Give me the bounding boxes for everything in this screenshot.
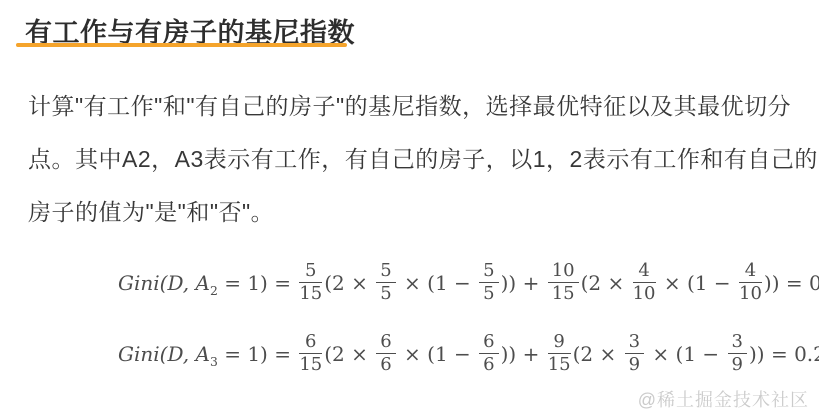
formula-segment: × (1 − <box>658 271 737 295</box>
formula-segment: )) + <box>501 342 546 366</box>
fraction: 66 <box>479 332 498 375</box>
fraction: 915 <box>548 332 571 375</box>
formula-subscript: 3 <box>210 354 218 369</box>
fraction: 55 <box>376 261 395 304</box>
formula-segment: (2 × <box>324 342 374 366</box>
formula-segment: × (1 − <box>398 271 477 295</box>
formula-segment: )) = <box>749 342 794 366</box>
fraction: 615 <box>299 332 322 375</box>
formula-function-name: Gini <box>118 342 160 366</box>
fraction: 39 <box>625 332 644 375</box>
gini-formula-a3: Gini(D, A3 = 1) = 615(2 × 66 × (1 − 66))… <box>118 334 819 377</box>
formula-result: 0.27 <box>794 342 819 366</box>
fraction: 55 <box>479 261 498 304</box>
formula-arguments: (D, A <box>160 342 210 366</box>
title-underline <box>16 43 347 47</box>
paragraph-line: 计算"有工作"和"有自己的房子"的基尼指数，选择最优特征以及其最优切分 <box>28 80 818 133</box>
formula-condition: = 1) = <box>218 342 297 366</box>
formula-segment: )) + <box>501 271 546 295</box>
formula-segment: × (1 − <box>398 342 477 366</box>
formula-result: 0.32 <box>809 271 819 295</box>
watermark: @稀土掘金技术社区 <box>638 386 809 412</box>
paragraph-line: 点。其中A2，A3表示有工作，有自己的房子，以1，2表示有工作和有自己的 <box>28 133 818 186</box>
fraction: 1015 <box>548 261 579 304</box>
fraction: 410 <box>633 261 656 304</box>
formula-condition: = 1) = <box>218 271 297 295</box>
fraction: 66 <box>376 332 395 375</box>
fraction: 515 <box>299 261 322 304</box>
formula-segment: (2 × <box>581 271 631 295</box>
document-page: 有工作与有房子的基尼指数 计算"有工作"和"有自己的房子"的基尼指数，选择最优特… <box>0 0 819 416</box>
formula-function-name: Gini <box>118 271 160 295</box>
paragraph-line: 房子的值为"是"和"否"。 <box>28 186 818 239</box>
formula-segment: (2 × <box>324 271 374 295</box>
formula-subscript: 2 <box>210 283 218 298</box>
formula-segment: )) = <box>764 271 809 295</box>
formula-segment: (2 × <box>573 342 623 366</box>
gini-formula-a2: Gini(D, A2 = 1) = 515(2 × 55 × (1 − 55))… <box>118 263 819 306</box>
fraction: 39 <box>728 332 747 375</box>
formula-segment: × (1 − <box>646 342 725 366</box>
body-paragraph: 计算"有工作"和"有自己的房子"的基尼指数，选择最优特征以及其最优切分 点。其中… <box>28 80 818 239</box>
formula-arguments: (D, A <box>160 271 210 295</box>
fraction: 410 <box>739 261 762 304</box>
